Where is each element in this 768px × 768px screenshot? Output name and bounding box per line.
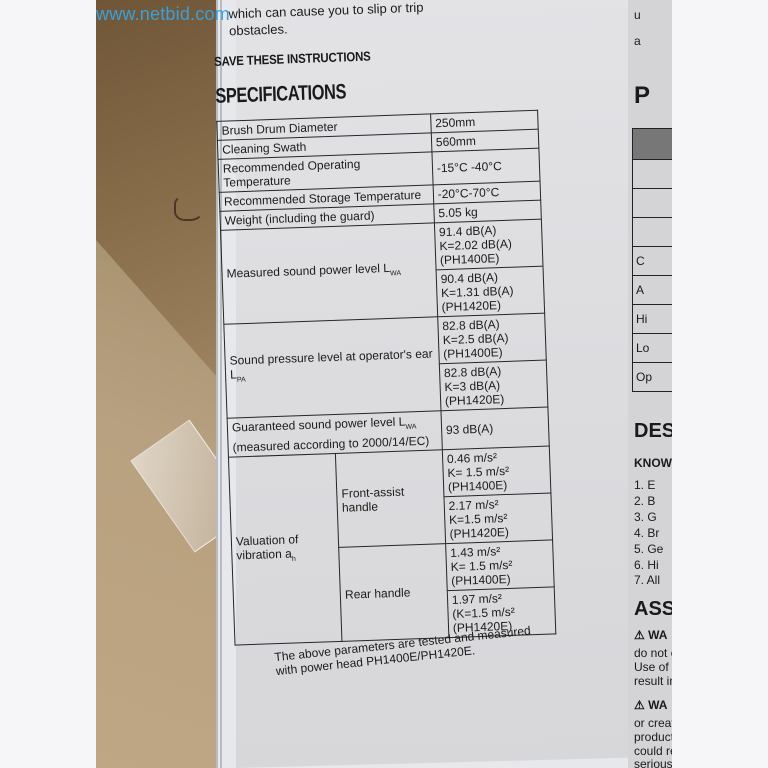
list-item: 3. G xyxy=(634,510,657,524)
sound-power-value: 90.4 dB(A) K=1.31 dB(A) (PH1420E) xyxy=(436,266,545,317)
list-item: 5. Ge xyxy=(634,542,663,556)
sound-pressure-label: Sound pressure level at operator's ear L… xyxy=(224,317,441,418)
table-row: A xyxy=(632,276,672,305)
subscript: WA xyxy=(390,270,401,277)
list-item: 6. Hi xyxy=(634,558,659,572)
warning-text: serious pe xyxy=(634,757,672,768)
specifications-heading: SPECIFICATIONS xyxy=(215,76,473,109)
fragment-text: a xyxy=(634,34,641,48)
heading-fragment: P xyxy=(634,82,650,110)
list-item: 4. Br xyxy=(634,526,659,540)
assembly-heading: ASSE xyxy=(634,598,672,621)
value-line: (PH1400E) xyxy=(451,571,550,588)
subscript: PA xyxy=(237,377,246,384)
list-item: 7. All xyxy=(634,573,660,587)
value-line: (PH1400E) xyxy=(440,250,539,267)
warning-text: result in xyxy=(634,674,672,688)
warning-text: product. xyxy=(634,730,672,744)
sound-power-value: 91.4 dB(A) K=2.02 dB(A) (PH1400E) xyxy=(434,219,543,270)
fragment-text: u xyxy=(634,8,641,22)
intro-text: which can cause you to slip or trip obst… xyxy=(228,0,543,39)
right-margin xyxy=(672,0,768,768)
table-row: C xyxy=(632,247,672,276)
vibration-label: Valuation of vibration ah xyxy=(228,454,342,646)
warning-text: or create xyxy=(634,716,672,730)
warning-2: ⚠ WA xyxy=(634,698,667,712)
spec-value: -15°C -40°C xyxy=(432,148,540,185)
vibration-value: 0.46 m/s² K= 1.5 m/s² (PH1400E) xyxy=(442,446,551,497)
guaranteed-value: 93 dB(A) xyxy=(441,407,550,450)
value-line: (PH1400E) xyxy=(443,344,542,361)
label-text: Measured sound power level L xyxy=(226,261,390,281)
table-row xyxy=(632,160,672,189)
warning-icon: ⚠ xyxy=(634,628,645,642)
table-row: Hi xyxy=(632,305,672,334)
value-line: (PH1420E) xyxy=(445,391,544,408)
description-heading: DES xyxy=(634,420,672,443)
stain-mark xyxy=(174,195,204,221)
vibration-value: 1.43 m/s² K= 1.5 m/s² (PH1400E) xyxy=(445,540,554,591)
value-line: (PH1420E) xyxy=(449,524,548,541)
sound-pressure-value: 82.8 dB(A) K=2.5 dB(A) (PH1400E) xyxy=(437,313,546,364)
subscript: h xyxy=(292,555,296,562)
label-text: Valuation of vibration a xyxy=(236,532,299,562)
label-text: Sound pressure level at operator's ear L xyxy=(229,347,432,382)
warning-label: WA xyxy=(648,698,667,712)
sound-pressure-value: 82.8 dB(A) K=3 dB(A) (PH1420E) xyxy=(439,360,548,411)
table-row: Lo xyxy=(632,334,672,363)
table-row xyxy=(632,189,672,218)
table-row xyxy=(632,218,672,247)
save-instructions-heading: SAVE THESE INSTRUCTIONS xyxy=(214,44,505,69)
warning-icon: ⚠ xyxy=(634,698,645,712)
front-handle-label: Front-assist handle xyxy=(336,450,446,548)
value-line: (PH1420E) xyxy=(441,297,540,314)
warning-1: ⚠ WA xyxy=(634,628,667,642)
table-header-row xyxy=(632,128,672,160)
warning-text: could res xyxy=(634,744,672,758)
specifications-table: Brush Drum Diameter 250mm Cleaning Swath… xyxy=(216,110,556,646)
warning-text: do not c xyxy=(634,646,672,660)
label-text: Guaranteed sound power level L xyxy=(232,415,406,435)
adjacent-table: C A Hi Lo Op xyxy=(632,128,672,392)
watermark: www.netbid.com xyxy=(96,4,230,25)
list-item: 1. E xyxy=(634,478,655,492)
sound-power-label: Measured sound power level LWA xyxy=(221,223,438,324)
value-line: (PH1400E) xyxy=(448,477,547,494)
manual-content: which can cause you to slip or trip obst… xyxy=(212,0,566,680)
adjacent-page-column: u a P C A Hi Lo Op DES KNOW 1. E 2. B 3.… xyxy=(630,0,672,768)
rear-handle-label: Rear handle xyxy=(339,544,449,642)
vibration-value: 2.17 m/s² K=1.5 m/s² (PH1420E) xyxy=(444,493,553,544)
know-heading: KNOW xyxy=(634,456,672,470)
table-row: Op xyxy=(632,363,672,392)
left-margin xyxy=(0,0,96,768)
warning-label: WA xyxy=(648,628,667,642)
list-item: 2. B xyxy=(634,494,655,508)
subscript: WA xyxy=(405,424,416,431)
warning-text: Use of th xyxy=(634,660,672,674)
